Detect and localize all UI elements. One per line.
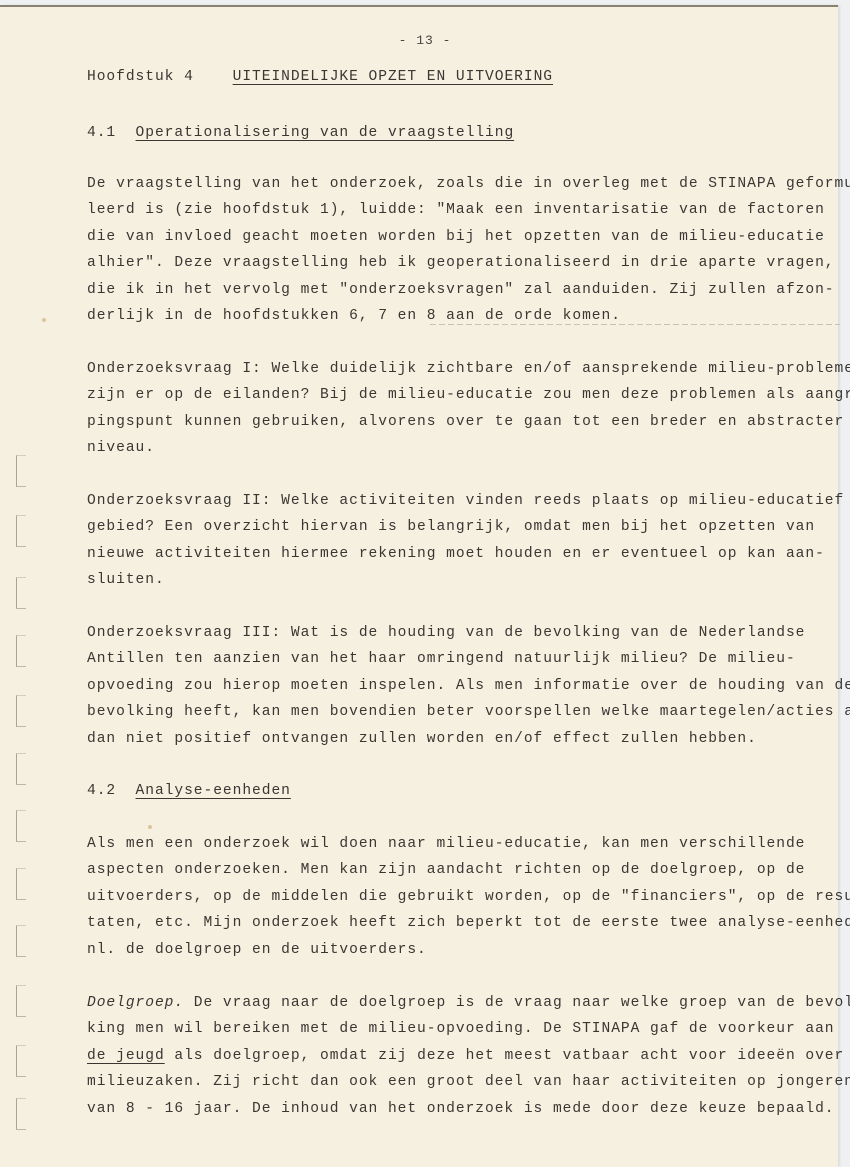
- paper-stain: [42, 318, 46, 322]
- binding-hole-mark: [16, 753, 26, 785]
- chapter-title: UITEINDELIJKE OPZET EN UITVOERING: [233, 69, 553, 85]
- binding-hole-mark: [16, 455, 26, 487]
- text-line: die ik in het vervolg met "onderzoeksvra…: [87, 283, 835, 298]
- text-line: de jeugd als doelgroep, omdat zij deze h…: [87, 1049, 844, 1064]
- text-line: nl. de doelgroep en de uitvoerders.: [87, 943, 427, 958]
- italic-lead-term: Doelgroep.: [87, 995, 184, 1011]
- section-number: 4.2: [87, 783, 116, 799]
- text-line: pingspunt kunnen gebruiken, alvorens ove…: [87, 415, 844, 430]
- chapter-heading: Hoofdstuk 4 UITEINDELIJKE OPZET EN UITVO…: [87, 69, 553, 85]
- binding-hole-mark: [16, 985, 26, 1017]
- text-line: gebied? Een overzicht hiervan is belangr…: [87, 520, 815, 535]
- paper-stain: [148, 825, 152, 829]
- binding-hole-mark: [16, 1045, 26, 1077]
- binding-hole-mark: [16, 635, 26, 667]
- text-line: Onderzoeksvraag II: Welke activiteiten v…: [87, 494, 844, 509]
- text-line: derlijk in de hoofdstukken 6, 7 en 8 aan…: [87, 309, 621, 324]
- underlined-term: de jeugd: [87, 1048, 165, 1064]
- text-line: taten, etc. Mijn onderzoek heeft zich be…: [87, 916, 850, 931]
- paper-crease: [430, 324, 840, 325]
- text-line: van 8 - 16 jaar. De inhoud van het onder…: [87, 1102, 835, 1117]
- text-line: king men wil bereiken met de milieu-opvo…: [87, 1022, 835, 1037]
- text-line: bevolking heeft, kan men bovendien beter…: [87, 705, 850, 720]
- text-line: Als men een onderzoek wil doen naar mili…: [87, 837, 805, 852]
- text-line: opvoeding zou hierop moeten inspelen. Al…: [87, 679, 850, 694]
- text-line: zijn er op de eilanden? Bij de milieu-ed…: [87, 388, 850, 403]
- section-heading: 4.1 Operationalisering van de vraagstell…: [87, 125, 514, 141]
- binding-hole-mark: [16, 925, 26, 957]
- page-number: - 13 -: [0, 33, 850, 48]
- text-fragment: De vraag naar de doelgroep is de vraag n…: [184, 995, 850, 1011]
- text-line: sluiten.: [87, 573, 165, 588]
- text-line: uitvoerders, op de middelen die gebruikt…: [87, 890, 850, 905]
- section-number: 4.1: [87, 125, 116, 141]
- text-line: Onderzoeksvraag I: Welke duidelijk zicht…: [87, 362, 850, 377]
- text-line: alhier". Deze vraagstelling heb ik geope…: [87, 256, 835, 271]
- binding-hole-mark: [16, 577, 26, 609]
- section-heading: 4.2 Analyse-eenheden: [87, 783, 291, 799]
- chapter-label: Hoofdstuk 4: [87, 69, 194, 85]
- section-title: Analyse-eenheden: [136, 783, 291, 799]
- binding-hole-mark: [16, 868, 26, 900]
- section-title: Operationalisering van de vraagstelling: [136, 125, 515, 141]
- text-line: Antillen ten aanzien van het haar omring…: [87, 652, 796, 667]
- text-line: De vraagstelling van het onderzoek, zoal…: [87, 177, 850, 192]
- binding-hole-mark: [16, 695, 26, 727]
- binding-hole-mark: [16, 1098, 26, 1130]
- text-fragment: als doelgroep, omdat zij deze het meest …: [165, 1048, 845, 1064]
- text-line: aspecten onderzoeken. Men kan zijn aanda…: [87, 863, 805, 878]
- text-line: nieuwe activiteiten hiermee rekening moe…: [87, 547, 825, 562]
- text-line: leerd is (zie hoofdstuk 1), luidde: "Maa…: [87, 203, 825, 218]
- binding-hole-mark: [16, 810, 26, 842]
- text-line: Doelgroep. De vraag naar de doelgroep is…: [87, 996, 850, 1011]
- text-line: milieuzaken. Zij richt dan ook een groot…: [87, 1075, 850, 1090]
- text-line: die van invloed geacht moeten worden bij…: [87, 230, 825, 245]
- text-line: dan niet positief ontvangen zullen worde…: [87, 732, 757, 747]
- text-line: Onderzoeksvraag III: Wat is de houding v…: [87, 626, 805, 641]
- binding-hole-mark: [16, 515, 26, 547]
- text-line: niveau.: [87, 441, 155, 456]
